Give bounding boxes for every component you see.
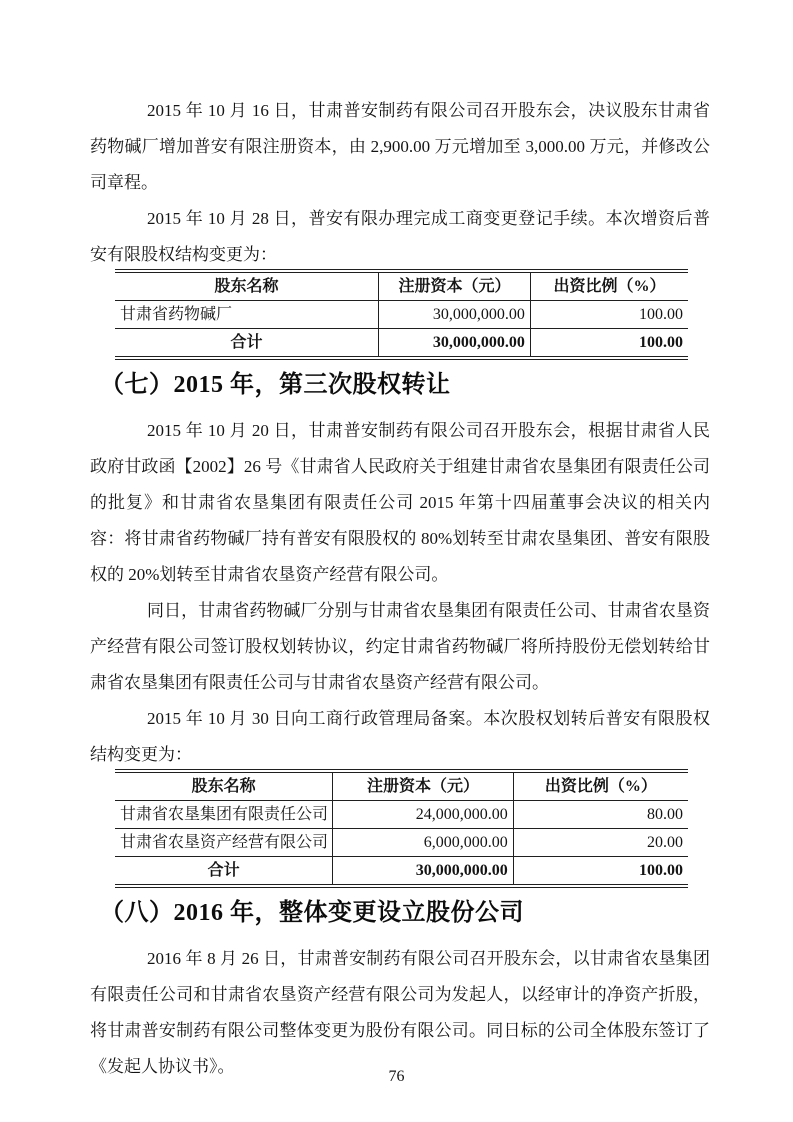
table-row: 甘肃省药物碱厂 30,000,000.00 100.00 [115,301,688,329]
contribution-ratio-cell: 80.00 [513,801,688,829]
column-header-shareholder-name: 股东名称 [115,271,379,301]
column-header-shareholder-name: 股东名称 [115,771,333,801]
registered-capital-cell: 30,000,000.00 [379,301,531,329]
paragraph-shareholders-meeting: 2015 年 10 月 20 日，甘肃普安制药有限公司召开股东会，根据甘肃省人民… [90,413,710,593]
registered-capital-cell: 24,000,000.00 [333,801,513,829]
column-header-contribution-ratio: 出资比例（%） [530,271,688,301]
column-header-registered-capital: 注册资本（元） [333,771,513,801]
column-header-registered-capital: 注册资本（元） [379,271,531,301]
table-row: 甘肃省农垦集团有限责任公司 24,000,000.00 80.00 [115,801,688,829]
total-ratio-cell: 100.00 [513,857,688,887]
shareholder-name-cell: 甘肃省农垦集团有限责任公司 [115,801,333,829]
total-capital-cell: 30,000,000.00 [333,857,513,887]
table-row: 甘肃省农垦资产经营有限公司 6,000,000.00 20.00 [115,829,688,857]
total-capital-cell: 30,000,000.00 [379,329,531,359]
paragraph-conversion: 2016 年 8 月 26 日，甘肃普安制药有限公司召开股东会，以甘肃省农垦集团… [90,941,710,1085]
column-header-contribution-ratio: 出资比例（%） [513,771,688,801]
total-ratio-cell: 100.00 [530,329,688,359]
shareholder-name-cell: 甘肃省农垦资产经营有限公司 [115,829,333,857]
table-header-row: 股东名称 注册资本（元） 出资比例（%） [115,771,688,801]
page-number: 76 [0,1068,793,1086]
section-heading-seven: （七）2015 年，第三次股权转让 [100,370,710,401]
shareholding-table-after-transfer: 股东名称 注册资本（元） 出资比例（%） 甘肃省农垦集团有限责任公司 24,00… [115,769,688,888]
paragraph-capital-increase: 2015 年 10 月 16 日，甘肃普安制药有限公司召开股东会，决议股东甘肃省… [90,93,710,201]
paragraph-filing: 2015 年 10 月 30 日向工商行政管理局备案。本次股权划转后普安有限股权… [90,701,710,773]
contribution-ratio-cell: 100.00 [530,301,688,329]
total-label-cell: 合计 [115,329,379,359]
registered-capital-cell: 6,000,000.00 [333,829,513,857]
section-heading-eight: （八）2016 年，整体变更设立股份公司 [100,898,710,929]
table-total-row: 合计 30,000,000.00 100.00 [115,857,688,887]
table-header-row: 股东名称 注册资本（元） 出资比例（%） [115,271,688,301]
shareholder-name-cell: 甘肃省药物碱厂 [115,301,379,329]
table-total-row: 合计 30,000,000.00 100.00 [115,329,688,359]
paragraph-transfer-agreement: 同日，甘肃省药物碱厂分别与甘肃省农垦集团有限责任公司、甘肃省农垦资产经营有限公司… [90,593,710,701]
total-label-cell: 合计 [115,857,333,887]
document-page: 2015 年 10 月 16 日，甘肃普安制药有限公司召开股东会，决议股东甘肃省… [0,0,793,1122]
page-content: 2015 年 10 月 16 日，甘肃普安制药有限公司召开股东会，决议股东甘肃省… [90,93,710,1085]
contribution-ratio-cell: 20.00 [513,829,688,857]
paragraph-registration-change: 2015 年 10 月 28 日，普安有限办理完成工商变更登记手续。本次增资后普… [90,201,710,273]
shareholding-table-after-increase: 股东名称 注册资本（元） 出资比例（%） 甘肃省药物碱厂 30,000,000.… [115,269,688,360]
